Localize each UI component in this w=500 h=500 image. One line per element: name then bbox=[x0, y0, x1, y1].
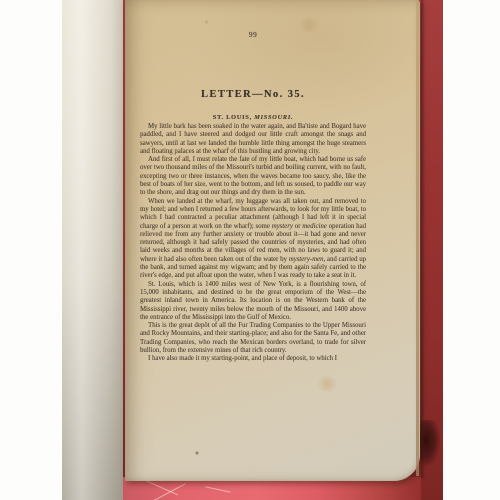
paragraph: My little bark has been soaked in the wa… bbox=[140, 123, 366, 156]
paragraph: St. Louis, which is 1400 miles west of N… bbox=[140, 281, 366, 322]
page-right-edge bbox=[416, 0, 419, 476]
text-run: This is the great depôt of all the Fur T… bbox=[140, 322, 366, 354]
italic-run: mystery bbox=[272, 223, 293, 230]
foxing-spot bbox=[316, 376, 338, 392]
text-run: My little bark has been soaked in the wa… bbox=[140, 123, 366, 155]
text-run: St. Louis, which is 1400 miles west of N… bbox=[140, 281, 366, 321]
text-run: or bbox=[293, 223, 302, 230]
page-edge-shadow bbox=[421, 0, 425, 478]
body-text: My little bark has been soaked in the wa… bbox=[140, 123, 366, 364]
letter-subtitle: ST. LOUIS, MISSOURI. bbox=[140, 114, 366, 121]
paragraph: This is the great depôt of all the Fur T… bbox=[140, 322, 366, 355]
page-number: 99 bbox=[140, 30, 366, 39]
subtitle-region: MISSOURI. bbox=[254, 114, 293, 121]
text-run: I have also made it my starting-point, a… bbox=[148, 355, 337, 362]
left-page-fore-edge bbox=[62, 0, 127, 500]
letter-title: LETTER—No. 35. bbox=[140, 89, 366, 100]
foxing-spot bbox=[204, 20, 209, 24]
italic-run: mystery-men bbox=[289, 256, 324, 263]
text-run: And first of all, I must relate the fate… bbox=[140, 156, 366, 196]
book-photograph: 99 LETTER—No. 35. ST. LOUIS, MISSOURI. M… bbox=[0, 0, 500, 500]
italic-run: medicine bbox=[302, 223, 327, 230]
subtitle-place: ST. LOUIS, bbox=[213, 114, 254, 121]
paragraph: I have also made it my starting-point, a… bbox=[140, 355, 366, 363]
paragraph: And first of all, I must relate the fate… bbox=[140, 156, 366, 197]
paragraph: When we landed at the wharf, my luggage … bbox=[140, 198, 366, 281]
foxing-spot bbox=[195, 451, 199, 455]
